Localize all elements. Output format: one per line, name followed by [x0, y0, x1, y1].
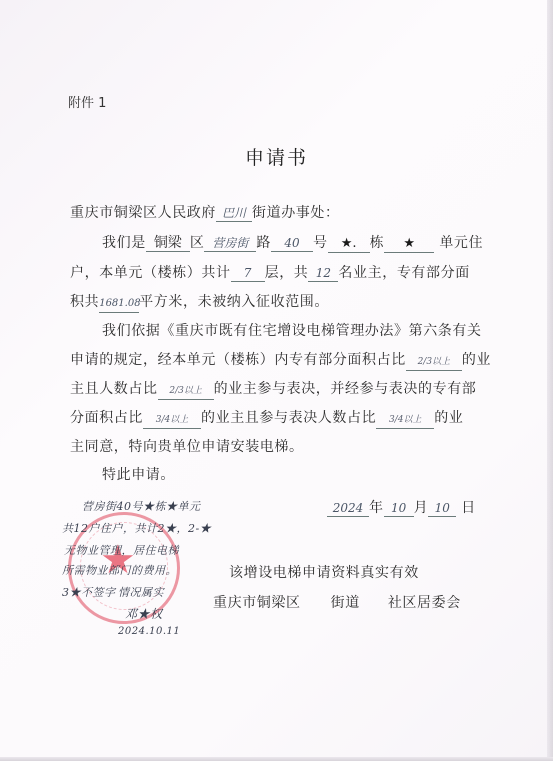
text-number: 号	[313, 235, 328, 251]
building-field: ★.	[328, 236, 370, 253]
people-ratio-field: 2/3以上	[158, 383, 214, 400]
closing-text: 特此申请。	[102, 464, 175, 484]
month-field: 10	[384, 500, 414, 517]
text-unit: 单元住	[439, 235, 483, 251]
text-area-ratio-intro: 申请的规定，经本单元（楼栋）内专有部分面积占比	[70, 352, 406, 368]
street-field: 巴川	[216, 205, 252, 222]
handwritten-line1: 营房街40号★栋★单元	[82, 498, 201, 514]
text-floors: 层，共	[265, 265, 309, 281]
text-floors-intro: 户，本单元（楼栋）共计	[70, 265, 231, 281]
paragraph2-line3: 主且人数占比2/3以上的业主参与表决，并经参与表决的专有部	[70, 378, 476, 400]
addressee-prefix: 重庆市铜梁区人民政府	[70, 205, 216, 221]
floors-field: 7	[231, 265, 265, 282]
handwritten-line2: 共12户住户，共计2★，2-★	[62, 520, 211, 536]
area-field: 1681.08	[99, 296, 139, 313]
attachment-label: 附件 1	[68, 92, 106, 111]
text-district: 区	[190, 235, 205, 251]
document-page: 附件 1 申请书 重庆市铜梁区人民政府巴川街道办事处： 我们是铜梁区营房街路40…	[0, 0, 553, 761]
handwritten-signer: 邓★权	[125, 605, 163, 622]
month-label: 月	[414, 500, 429, 516]
text-people-ratio-intro: 主且人数占比	[70, 381, 158, 397]
addressee-suffix: 街道办事处：	[252, 205, 340, 221]
paragraph1-line3: 积共1681.08平方米，未被纳入征收范围。	[70, 291, 329, 313]
text-owners: 名业主，专有部分面	[338, 265, 469, 281]
page-edge-right	[547, 0, 553, 761]
handwritten-sign-date: 2024.10.11	[118, 626, 180, 637]
page-edge-bottom	[0, 757, 553, 761]
vote-area-ratio-field: 3/4以上	[143, 412, 201, 429]
text-people-ratio-end: 的业主参与表决，并经参与表决的专有部	[214, 381, 477, 397]
date-line: 2024年10月10 日	[327, 497, 476, 517]
text-area-intro: 积共	[70, 294, 99, 310]
text-vote-area-intro: 分面积占比	[70, 410, 143, 426]
text-area-unit: 平方米，未被纳入征收范围。	[139, 294, 329, 310]
area-ratio-field: 2/3以上	[406, 354, 462, 371]
unit-field: ★	[384, 236, 434, 253]
text-vote-people-intro: 的业主且参与表决人数占比	[201, 410, 376, 426]
paragraph2-line2: 申请的规定，经本单元（楼栋）内专有部分面积占比2/3以上的业	[70, 349, 491, 371]
org-district: 重庆市铜梁区	[213, 595, 301, 611]
year-field: 2024	[327, 500, 369, 517]
owners-field: 12	[308, 265, 338, 282]
paragraph2-line4: 分面积占比3/4以上的业主且参与表决人数占比3/4以上的业	[70, 407, 463, 429]
org-community: 社区居委会	[388, 595, 461, 611]
paragraph2-line1: 我们依据《重庆市既有住宅增设电梯管理办法》第六条有关	[102, 320, 482, 340]
text-area-ratio-end: 的业	[462, 352, 491, 368]
paragraph1-line2: 户，本单元（楼栋）共计7层，共12名业主，专有部分面	[70, 262, 470, 282]
year-label: 年	[369, 500, 384, 516]
handwritten-line5: 3★不签字	[62, 584, 116, 600]
vote-people-ratio-field: 3/4以上	[376, 412, 434, 429]
text-building: 栋	[370, 235, 385, 251]
text-road: 路	[256, 235, 271, 251]
org-street: 街道	[331, 595, 360, 611]
road-field: 营房街	[204, 235, 256, 252]
paragraph1-line1: 我们是铜梁区营房街路40号★.栋★ 单元住	[102, 232, 483, 253]
district-field: 铜梁	[146, 235, 190, 252]
day-field: 10	[428, 500, 456, 517]
handwritten-line3: 无物业管理，居住电梯	[64, 542, 179, 558]
number-field: 40	[271, 235, 313, 252]
day-label: 日	[461, 500, 476, 516]
text-we-are: 我们是	[102, 235, 146, 251]
addressee-line: 重庆市铜梁区人民政府巴川街道办事处：	[70, 202, 340, 222]
text-vote-end: 的业	[434, 410, 463, 426]
verification-org-line: 重庆市铜梁区街道社区居委会	[213, 592, 461, 612]
document-title: 申请书	[0, 143, 553, 170]
handwritten-line4: 所需物业部门的费用。	[62, 562, 177, 578]
verification-statement: 该增设电梯申请资料真实有效	[229, 562, 419, 582]
handwritten-line6: 情况属实	[118, 584, 164, 600]
paragraph2-line5: 主同意，特向贵单位申请安装电梯。	[70, 436, 304, 456]
